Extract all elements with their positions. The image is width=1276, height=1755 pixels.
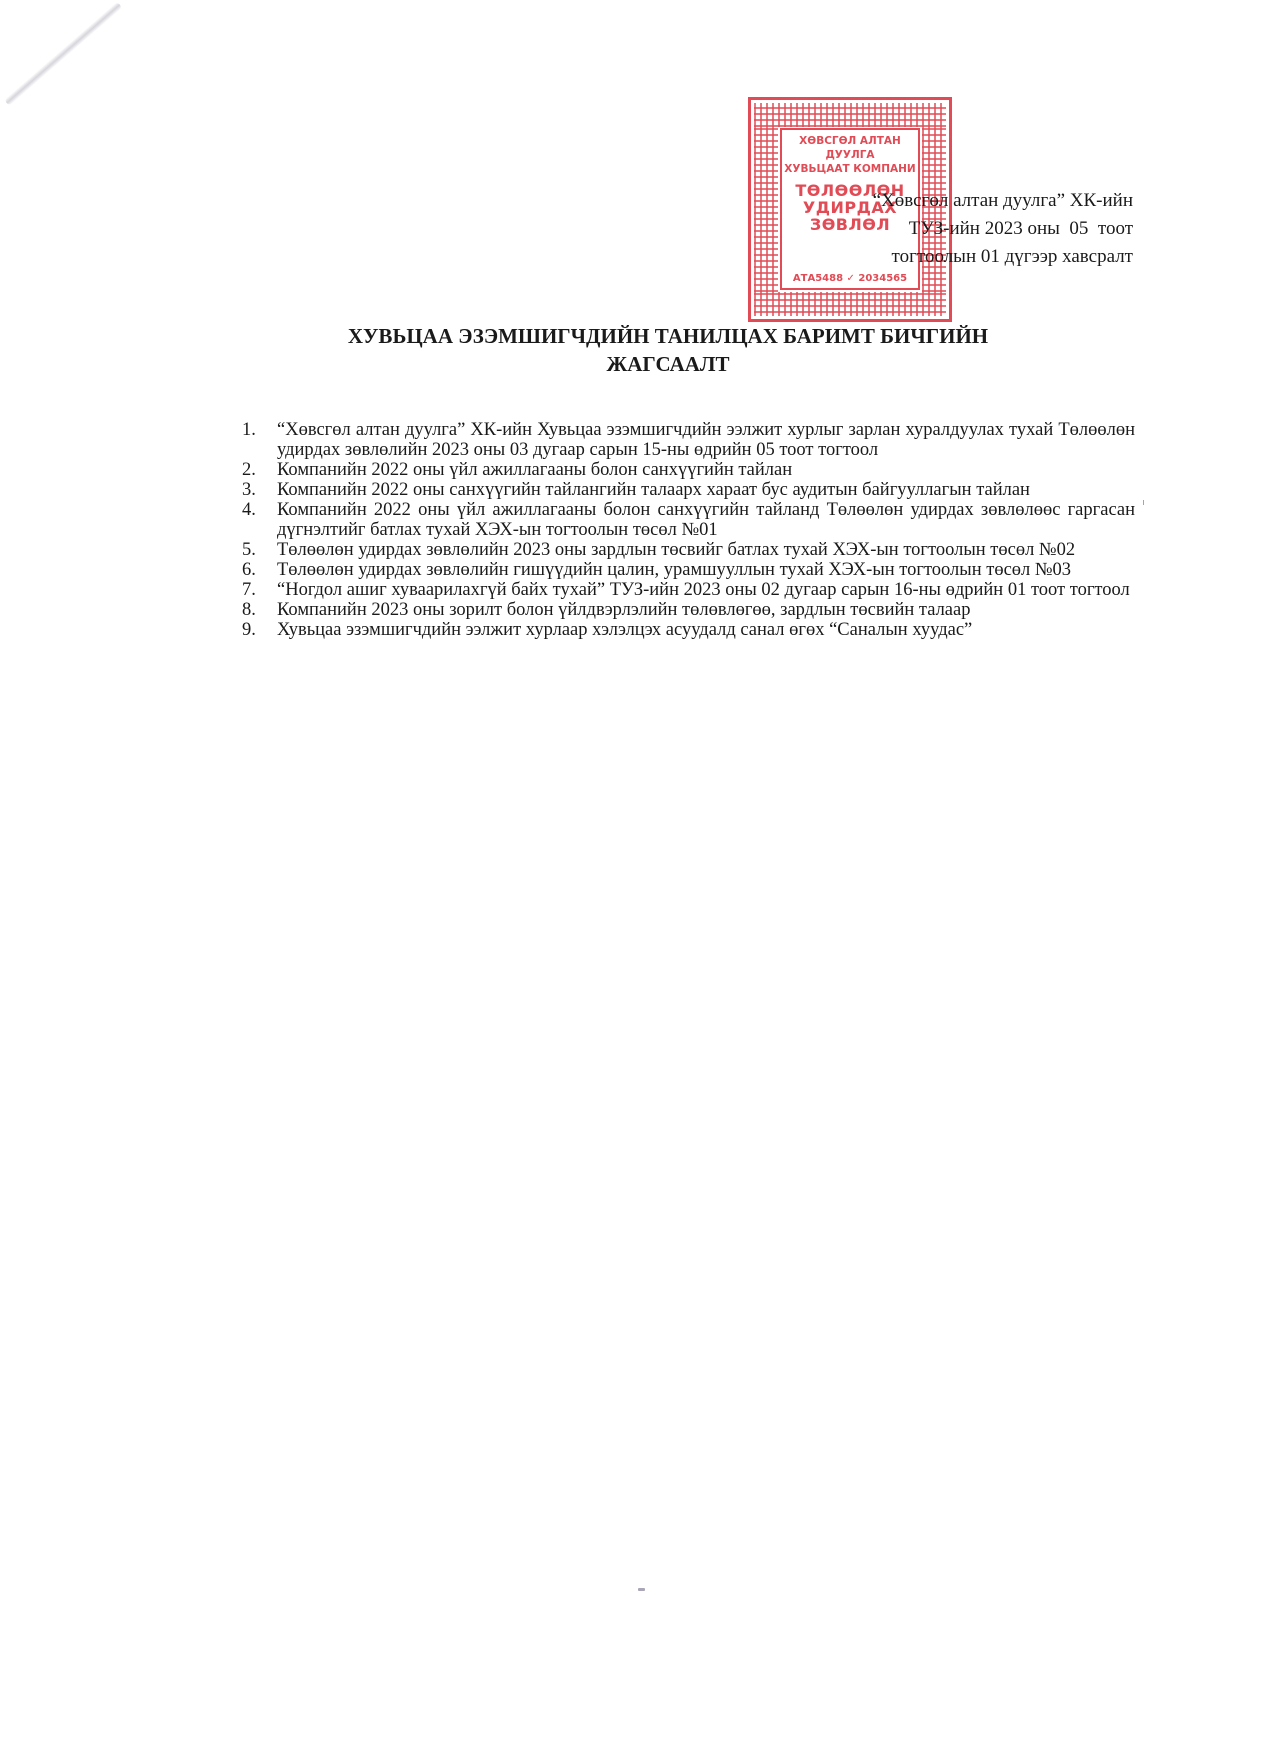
list-item-text: Хувьцаа эзэмшигчдийн ээлжит хурлаар хэлэ… [277, 620, 972, 640]
list-item-text: “Ногдол ашиг хуваарилахгүй байх тухай” Т… [277, 580, 1130, 600]
list-item: 6.Төлөөлөн удирдах зөвлөлийн гишүүдийн ц… [242, 560, 1135, 580]
document-list: 1.“Хөвсгөл алтан дуулга” ХК-ийн Хувьцаа … [242, 420, 1135, 640]
document-title-line1: ХУВЬЦАА ЭЗЭМШИГЧДИЙН ТАНИЛЦАХ БАРИМТ БИЧ… [60, 322, 1276, 350]
list-item: 4.Компанийн 2022 оны үйл ажиллагааны бол… [242, 500, 1135, 540]
list-item: 3.Компанийн 2022 оны санхүүгийн тайланги… [242, 480, 1135, 500]
list-item-text: Төлөөлөн удирдах зөвлөлийн 2023 оны зард… [277, 540, 1075, 560]
document-title: ХУВЬЦАА ЭЗЭМШИГЧДИЙН ТАНИЛЦАХ БАРИМТ БИЧ… [0, 322, 1276, 378]
stamp-company-line1: ХӨВСГӨЛ АЛТАН ДУУЛГА [782, 134, 918, 162]
annex-header-line1: “Хөвсгөл алтан дуулга” ХК-ийн [873, 187, 1133, 215]
list-item-number: 1. [242, 420, 256, 440]
list-item-number: 5. [242, 540, 256, 560]
list-item-number: 4. [242, 500, 256, 520]
stamp-company-name: ХӨВСГӨЛ АЛТАН ДУУЛГА ХУВЬЦААТ КОМПАНИ [782, 134, 918, 176]
list-item: 8. Компанийн 2023 оны зорилт болон үйлдв… [242, 600, 1135, 620]
list-item-text: “Хөвсгөл алтан дуулга” ХК-ийн Хувьцаа эз… [277, 420, 1135, 460]
document-title-line2: ЖАГСААЛТ [60, 350, 1276, 378]
list-item-number: 3. [242, 480, 256, 500]
list-item: 9.Хувьцаа эзэмшигчдийн ээлжит хурлаар хэ… [242, 620, 1135, 640]
list-item-text: Компанийн 2022 оны санхүүгийн тайлангийн… [277, 480, 1030, 500]
list-item-text: Төлөөлөн удирдах зөвлөлийн гишүүдийн цал… [277, 560, 1071, 580]
list-item: 1.“Хөвсгөл алтан дуулга” ХК-ийн Хувьцаа … [242, 420, 1135, 460]
list-item-number: 7. [242, 580, 256, 600]
list-item: 5.Төлөөлөн удирдах зөвлөлийн 2023 оны за… [242, 540, 1135, 560]
list-item-text: Компанийн 2022 оны үйл ажиллагааны болон… [277, 500, 1135, 540]
stamp-company-line2: ХУВЬЦААТ КОМПАНИ [782, 162, 918, 176]
list-item-text: Компанийн 2022 оны үйл ажиллагааны болон… [277, 460, 792, 480]
annex-header: “Хөвсгөл алтан дуулга” ХК-ийн ТУЗ-ийн 20… [873, 187, 1133, 271]
stamp-registration-number: АТА5488 ✓ 2034565 [782, 273, 918, 284]
list-item-number: 6. [242, 560, 256, 580]
annex-header-line3: тогтоолын 01 дүгээр хавсралт [873, 243, 1133, 271]
scan-speck [638, 1588, 645, 1591]
scan-mark [1143, 500, 1144, 505]
annex-header-line2: ТУЗ-ийн 2023 оны 05 тоот [873, 215, 1133, 243]
list-item-number: 8. [242, 600, 256, 620]
list-item-text: Компанийн 2023 оны зорилт болон үйлдвэрл… [277, 600, 970, 620]
list-item: 7. “Ногдол ашиг хуваарилахгүй байх тухай… [242, 580, 1135, 600]
scan-artifact [4, 2, 122, 106]
list-item-number: 2. [242, 460, 256, 480]
list-item: 2.Компанийн 2022 оны үйл ажиллагааны бол… [242, 460, 1135, 480]
list-item-number: 9. [242, 620, 256, 640]
